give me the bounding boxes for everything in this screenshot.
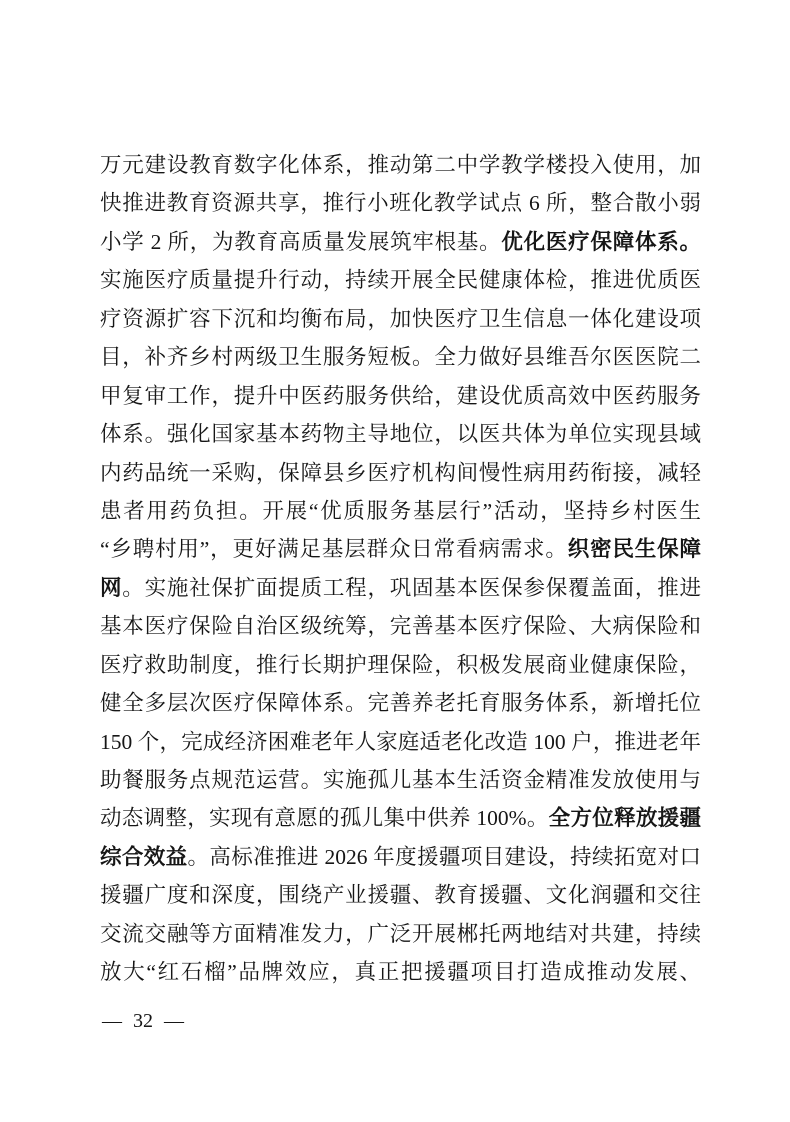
text-line-5: 疗资源扩容下沉和均衡布局，加快医疗卫生信息一体化建设项	[100, 300, 701, 338]
footer-dash-left: —	[102, 1010, 122, 1033]
text-line-14: 医疗救助制度，推行长期护理保险，积极发展商业健康保险，	[100, 646, 701, 684]
footer-dash-right: —	[164, 1010, 184, 1033]
page-footer: — 32 —	[102, 1010, 184, 1033]
section-heading: 全方位释放援疆	[549, 806, 701, 830]
text-line-9: 内药品统一采购，保障县乡医疗机构间慢性病用药衔接，减轻	[100, 454, 701, 492]
page-number: 32	[133, 1010, 153, 1033]
body-segment: 150 个，完成经济困难老年人家庭适老化改造 100 户，推进老年	[100, 730, 701, 754]
text-line-18: 动态调整，实现有意愿的孤儿集中供养 100%。全方位释放援疆	[100, 799, 701, 837]
body-segment: 交流交融等方面精准发力，广泛开展郴托两地结对共建，持续	[100, 922, 701, 946]
text-line-20: 援疆广度和深度，围绕产业援疆、教育援疆、文化润疆和交往	[100, 876, 701, 914]
section-heading: 网	[100, 576, 122, 600]
body-segment: 患者用药负担。开展“优质服务基层行”活动，坚持乡村医生	[100, 499, 701, 523]
text-line-7: 甲复审工作，提升中医药服务供给，建设优质高效中医药服务	[100, 377, 701, 415]
text-line-8: 体系。强化国家基本药物主导地位，以医共体为单位实现县域	[100, 415, 701, 453]
text-line-4: 实施医疗质量提升行动，持续开展全民健康体检，推进优质医	[100, 261, 701, 299]
body-segment: 援疆广度和深度，围绕产业援疆、教育援疆、文化润疆和交往	[100, 883, 701, 907]
body-segment: 基本医疗保险自治区级统筹，完善基本医疗保险、大病保险和	[100, 614, 701, 638]
document-page: 万元建设教育数字化体系，推动第二中学教学楼投入使用，加快推进教育资源共享，推行小…	[0, 0, 790, 1122]
body-segment: 实施医疗质量提升行动，持续开展全民健康体检，推进优质医	[100, 268, 701, 292]
text-line-15: 健全多层次医疗保障体系。完善养老托育服务体系，新增托位	[100, 684, 701, 722]
body-segment: 助餐服务点规范运营。实施孤儿基本生活资金精准发放使用与	[100, 768, 701, 792]
body-segment: 内药品统一采购，保障县乡医疗机构间慢性病用药衔接，减轻	[100, 461, 701, 485]
text-line-10: 患者用药负担。开展“优质服务基层行”活动，坚持乡村医生	[100, 492, 701, 530]
text-line-2: 快推进教育资源共享，推行小班化教学试点 6 所，整合散小弱	[100, 184, 701, 222]
body-segment: 小学 2 所，为教育高质量发展筑牢根基。	[100, 230, 501, 254]
text-line-6: 目，补齐乡村两级卫生服务短板。全力做好县维吾尔医医院二	[100, 338, 701, 376]
body-segment: 放大“红石榴”品牌效应，真正把援疆项目打造成推动发展、	[100, 960, 701, 984]
body-segment: 健全多层次医疗保障体系。完善养老托育服务体系，新增托位	[100, 691, 701, 715]
body-segment: 动态调整，实现有意愿的孤儿集中供养 100%。	[100, 806, 549, 830]
text-line-21: 交流交融等方面精准发力，广泛开展郴托两地结对共建，持续	[100, 915, 701, 953]
body-text: 万元建设教育数字化体系，推动第二中学教学楼投入使用，加快推进教育资源共享，推行小…	[100, 146, 701, 992]
section-heading: 优化医疗保障体系。	[501, 230, 701, 254]
body-segment: 医疗救助制度，推行长期护理保险，积极发展商业健康保险，	[100, 653, 701, 677]
body-segment: 体系。强化国家基本药物主导地位，以医共体为单位实现县域	[100, 422, 701, 446]
body-segment: 。实施社保扩面提质工程，巩固基本医保参保覆盖面，推进	[122, 576, 701, 600]
body-segment: 目，补齐乡村两级卫生服务短板。全力做好县维吾尔医医院二	[100, 345, 701, 369]
text-line-12: 网。实施社保扩面提质工程，巩固基本医保参保覆盖面，推进	[100, 569, 701, 607]
text-line-19: 综合效益。高标准推进 2026 年度援疆项目建设，持续拓宽对口	[100, 838, 701, 876]
text-line-16: 150 个，完成经济困难老年人家庭适老化改造 100 户，推进老年	[100, 723, 701, 761]
body-segment: 。高标准推进 2026 年度援疆项目建设，持续拓宽对口	[188, 845, 701, 869]
body-segment: 甲复审工作，提升中医药服务供给，建设优质高效中医药服务	[100, 384, 701, 408]
body-segment: 快推进教育资源共享，推行小班化教学试点 6 所，整合散小弱	[100, 191, 701, 215]
text-line-11: “乡聘村用”，更好满足基层群众日常看病需求。织密民生保障	[100, 530, 701, 568]
body-segment: 疗资源扩容下沉和均衡布局，加快医疗卫生信息一体化建设项	[100, 307, 701, 331]
text-line-17: 助餐服务点规范运营。实施孤儿基本生活资金精准发放使用与	[100, 761, 701, 799]
text-line-3: 小学 2 所，为教育高质量发展筑牢根基。优化医疗保障体系。	[100, 223, 701, 261]
body-segment: 万元建设教育数字化体系，推动第二中学教学楼投入使用，加	[100, 153, 701, 177]
section-heading: 综合效益	[100, 845, 188, 869]
text-line-1: 万元建设教育数字化体系，推动第二中学教学楼投入使用，加	[100, 146, 701, 184]
section-heading: 织密民生保障	[568, 537, 701, 561]
text-line-22: 放大“红石榴”品牌效应，真正把援疆项目打造成推动发展、	[100, 953, 701, 991]
body-segment: “乡聘村用”，更好满足基层群众日常看病需求。	[100, 537, 568, 561]
text-line-13: 基本医疗保险自治区级统筹，完善基本医疗保险、大病保险和	[100, 607, 701, 645]
